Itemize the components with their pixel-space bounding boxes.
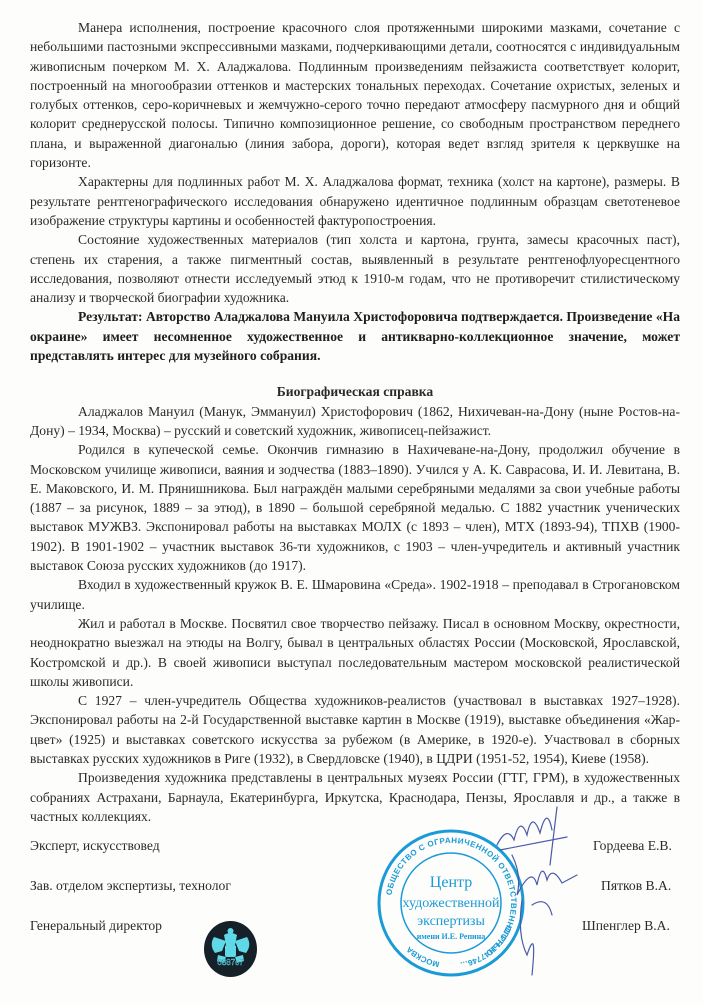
stamp-line: художественной [403, 896, 500, 911]
signer-name: Шпенглер В.А. [582, 918, 670, 934]
signer-role: Зав. отделом экспертизы, технолог [30, 878, 231, 894]
stamp-city: МОСКВА [404, 945, 440, 969]
paragraph-materials: Состояние художественных материалов (тип… [30, 230, 680, 307]
bio-paragraph: Родился в купеческой семье. Окончив гимн… [30, 440, 680, 575]
bio-paragraph: Аладжалов Мануил (Манук, Эммануил) Христ… [30, 402, 680, 441]
signer-name: Гордеева Е.В. [593, 838, 672, 854]
stamp-line: Центр [430, 874, 472, 891]
hologram-code: 0887с7 [217, 958, 244, 967]
bio-paragraph: Жил и работал в Москве. Посвятил свое тв… [30, 614, 680, 691]
double-headed-eagle-icon: 0887с7 [204, 921, 257, 977]
paragraph-technique: Характерны для подлинных работ М. Х. Ала… [30, 172, 680, 230]
stamp-line: экспертизы [417, 914, 485, 929]
document-body: Манера исполнения, построение красочного… [30, 18, 680, 826]
bio-paragraph: С 1927 – член-учредитель Общества художн… [30, 691, 680, 768]
bio-title: Биографическая справка [30, 382, 680, 401]
svg-text:МОСКВА: МОСКВА [404, 945, 440, 969]
bio-paragraph: Произведения художника представлены в це… [30, 768, 680, 826]
result-paragraph: Результат: Авторство Аладжалова Мануила … [30, 307, 680, 365]
stamp-line: имени И.Е. Репина [417, 932, 486, 941]
handwritten-signatures [492, 805, 582, 985]
hologram-sticker: 0887с7 [204, 921, 257, 977]
paragraph-style-analysis: Манера исполнения, построение красочного… [30, 18, 680, 172]
signer-role: Эксперт, искусствовед [30, 838, 160, 854]
signer-role: Генеральный директор [30, 918, 162, 934]
signer-name: Пятков В.А. [601, 878, 671, 894]
bio-paragraph: Входил в художественный кружок В. Е. Шма… [30, 575, 680, 614]
